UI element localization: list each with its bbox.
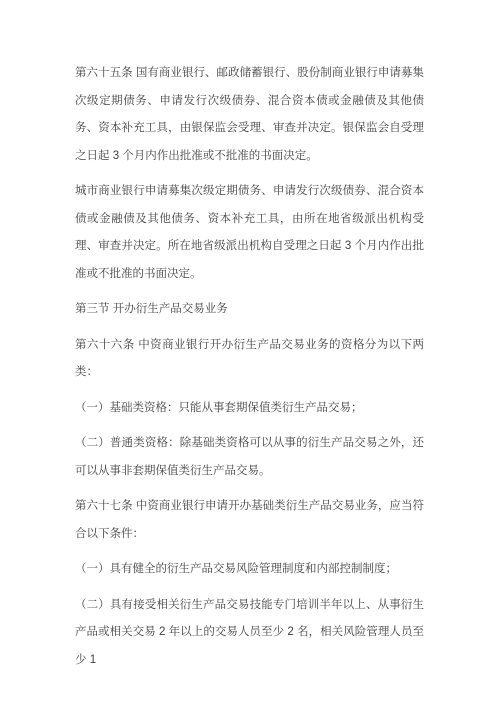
document-page: 第六十五条 国有商业银行、邮政储蓄银行、股份制商业银行申请募集次级定期债务、申请… xyxy=(0,0,499,706)
section-heading: 第三节 开办衍生产品交易业务 xyxy=(75,296,424,324)
article-paragraph-67: 第六十七条 中资商业银行申请开办基础类衍生产品交易业务，应当符合以下条件： xyxy=(75,493,424,548)
list-item-67-1: （一）具有健全的衍生产品交易风险管理制度和内部控制制度； xyxy=(75,556,424,584)
article-paragraph-66: 第六十六条 中资商业银行开办衍生产品交易业务的资格分为以下两类： xyxy=(75,332,424,387)
article-paragraph-65-city-banks: 城市商业银行申请募集次级定期债务、申请发行次级债券、混合资本债或金融债及其他债务… xyxy=(75,178,424,288)
article-paragraph-65: 第六十五条 国有商业银行、邮政储蓄银行、股份制商业银行申请募集次级定期债务、申请… xyxy=(75,60,424,170)
list-item-66-1: （一）基础类资格：只能从事套期保值类衍生产品交易； xyxy=(75,395,424,423)
list-item-67-2: （二）具有接受相关衍生产品交易技能专门培训半年以上、从事衍生产品或相关交易 2 … xyxy=(75,592,424,675)
list-item-66-2: （二）普通类资格：除基础类资格可以从事的衍生产品交易之外，还可以从事非套期保值类… xyxy=(75,430,424,485)
